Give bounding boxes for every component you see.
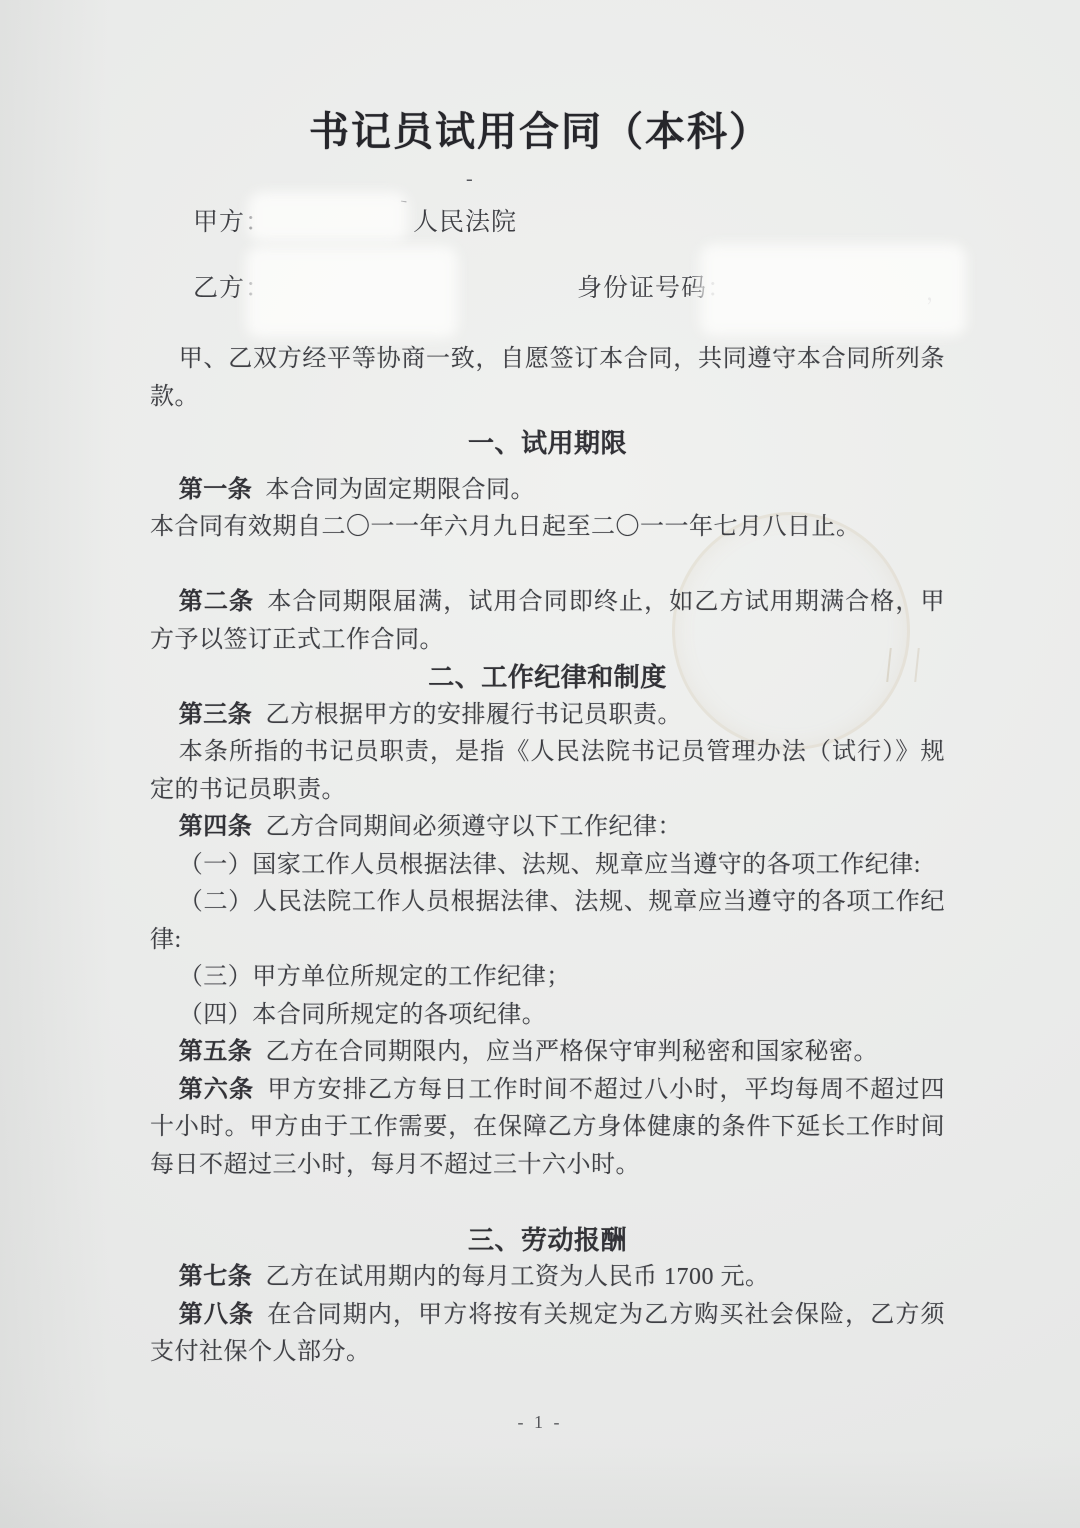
paragraph: 第七条乙方在试用期内的每月工资为人民币 1700 元。 <box>150 1259 945 1297</box>
clause-text: 乙方合同期间必须遵守以下工作纪律： <box>265 814 682 840</box>
paragraph: 甲、乙双方经平等协商一致，自愿签订本合同，共同遵守本合同所列条款。 <box>150 341 945 416</box>
page-number: - 1 - <box>0 1412 1080 1433</box>
section-heading: 二、工作纪律和制度 <box>150 659 945 697</box>
section-heading: 三、劳动报酬 <box>150 1222 945 1260</box>
party-a-row: 甲方： 人民法院 <box>0 202 1080 236</box>
vertical-gap <box>150 547 945 585</box>
paragraph: 第八条在合同期内，甲方将按有关规定为乙方购买社会保险，乙方须支付社保个人部分。 <box>150 1297 945 1372</box>
vertical-gap <box>150 463 945 472</box>
paragraph: 本合同有效期自二〇一一年六月九日起至二〇一一年七月八日止。 <box>150 509 945 547</box>
paragraph: 第三条乙方根据甲方的安排履行书记员职责。 <box>150 697 945 735</box>
scanned-contract-page: 书记员试用合同（本科） - 甲方： 人民法院 ˉ 乙方： 身份证号码： ， 甲、… <box>0 0 1080 1528</box>
clause-text: 在合同期内，甲方将按有关规定为乙方购买社会保险，乙方须支付社保个人部分。 <box>150 1302 945 1366</box>
clause-text: 甲方安排乙方每日工作时间不超过八小时，平均每周不超过四十小时。甲方由于工作需要，… <box>150 1077 945 1178</box>
paragraph: 第六条甲方安排乙方每日工作时间不超过八小时，平均每周不超过四十小时。甲方由于工作… <box>150 1072 945 1185</box>
paragraph: 第四条乙方合同期间必须遵守以下工作纪律： <box>150 809 945 847</box>
section-heading: 一、试用期限 <box>150 425 945 463</box>
paragraph: 第五条乙方在合同期限内，应当严格保守审判秘密和国家秘密。 <box>150 1034 945 1072</box>
clause-number: 第三条 <box>179 702 253 728</box>
clause-number: 第七条 <box>179 1264 253 1290</box>
paragraph: 本条所指的书记员职责，是指《人民法院书记员管理办法（试行）》规定的书记员职责。 <box>150 734 945 809</box>
clause-text: 本合同期限届满，试用合同即终止，如乙方试用期满合格，甲方予以签订正式工作合同。 <box>150 589 945 653</box>
clause-text: 本合同为固定期限合同。 <box>265 477 535 503</box>
clause-number: 第五条 <box>179 1039 253 1065</box>
clause-text: 乙方在试用期内的每月工资为人民币 1700 元。 <box>265 1264 769 1290</box>
stray-dash-mark: - <box>466 168 473 191</box>
clause-text: 乙方在合同期限内，应当严格保守审判秘密和国家秘密。 <box>265 1039 878 1065</box>
vertical-gap <box>150 1184 945 1222</box>
clause-number: 第一条 <box>179 477 253 503</box>
paragraph: （四）本合同所规定的各项纪律。 <box>150 997 945 1035</box>
clause-number: 第八条 <box>179 1302 254 1328</box>
redaction-id-number <box>700 244 966 336</box>
paragraph: （二）人民法院工作人员根据法律、法规、规章应当遵守的各项工作纪律: <box>150 884 945 959</box>
party-a-value: 人民法院 <box>413 202 517 238</box>
clause-number: 第四条 <box>179 814 253 840</box>
paragraph: 第二条本合同期限届满，试用合同即终止，如乙方试用期满合格，甲方予以签订正式工作合… <box>150 584 945 659</box>
paragraph: （一）国家工作人员根据法律、法规、规章应当遵守的各项工作纪律: <box>150 847 945 885</box>
paragraph: （三）甲方单位所规定的工作纪律； <box>150 959 945 997</box>
redaction-party-b-name <box>246 246 458 338</box>
document-title: 书记员试用合同（本科） <box>0 100 1080 157</box>
paper-shading-bottom <box>0 1438 1080 1528</box>
paragraph: 第一条本合同为固定期限合同。 <box>150 472 945 510</box>
document-body: 甲、乙双方经平等协商一致，自愿签订本合同，共同遵守本合同所列条款。一、试用期限第… <box>150 341 945 1372</box>
redaction-party-a-name <box>248 192 408 242</box>
vertical-gap <box>150 416 945 425</box>
clause-number: 第二条 <box>179 589 254 615</box>
clause-text: 乙方根据甲方的安排履行书记员职责。 <box>265 702 682 728</box>
clause-number: 第六条 <box>179 1077 254 1103</box>
